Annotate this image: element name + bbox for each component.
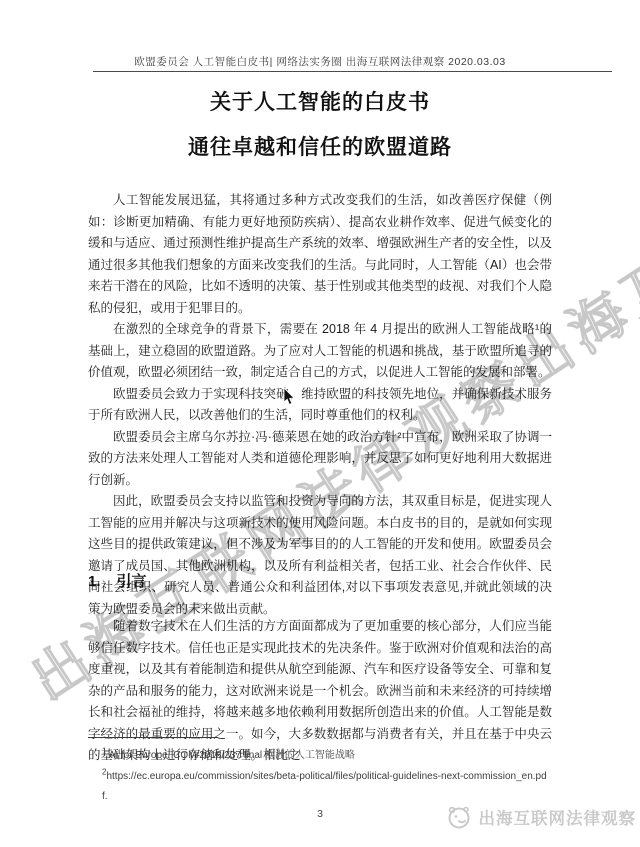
mouse-cursor-icon — [283, 388, 295, 406]
body-text: 人工智能发展迅猛，其将通过多种方式改变我们的生活，如改善医疗保健（例如：诊断更加… — [88, 190, 552, 620]
footnote-1: 1 AI for Europe, COM/2018/237 final 欧洲的人… — [102, 746, 552, 766]
document-page: 出海互联网法律观察出海互联网法律观察 欧盟委员会 人工智能白皮书| 网络法实务圈… — [0, 0, 640, 847]
document-subtitle: 通往卓越和信任的欧盟道路 — [0, 131, 640, 161]
page-header-text: 欧盟委员会 人工智能白皮书| 网络法实务圈 出海互联网法律观察 2020.03.… — [0, 54, 640, 69]
paragraph: 在激烈的全球竞争的背景下，需要在 2018 年 4 月提出的欧洲人工智能战略¹的… — [88, 319, 552, 384]
paragraph: 欧盟委员会主席乌尔苏拉·冯·德莱恩在她的政治方针²中宣布，欧洲采取了协调一致的方… — [88, 427, 552, 492]
section-number: 1. — [88, 573, 101, 590]
section-title: 引言 — [117, 573, 147, 590]
paragraph: 因此，欧盟委员会支持以监管和投资为导向的方法，其双重目标是，促进实现人工智能的应… — [88, 491, 552, 620]
corner-watermark-text: 出海互联网法律观察 — [479, 805, 637, 829]
paragraph: 欧盟委员会致力于实现科技突破、维持欧盟的科技领先地位，并确保新技术服务于所有欧洲… — [88, 384, 552, 427]
paragraph: 随着数字技术在人们生活的方方面面都成为了更加重要的核心部分，人们应当能够信任数字… — [88, 616, 552, 767]
footnote-1-text: AI for Europe, COM/2018/237 final 欧洲的人工智… — [106, 750, 354, 761]
document-title: 关于人工智能的白皮书 — [0, 86, 640, 116]
paragraph: 人工智能发展迅猛，其将通过多种方式改变我们的生活，如改善医疗保健（例如：诊断更加… — [88, 190, 552, 319]
corner-watermark: 出海互联网法律观察 — [445, 803, 637, 831]
header-rule — [93, 71, 612, 72]
footnote-2: 2https://ec.europa.eu/commission/sites/b… — [102, 767, 552, 807]
footnotes: 1 AI for Europe, COM/2018/237 final 欧洲的人… — [102, 746, 552, 808]
footnote-separator — [88, 737, 218, 738]
section-1-heading: 1.引言 — [88, 570, 147, 591]
section-1-body: 随着数字技术在人们生活的方方面面都成为了更加重要的核心部分，人们应当能够信任数字… — [88, 616, 552, 767]
footnote-2-text: https://ec.europa.eu/commission/sites/be… — [102, 771, 547, 802]
brand-logo-icon — [445, 803, 473, 831]
